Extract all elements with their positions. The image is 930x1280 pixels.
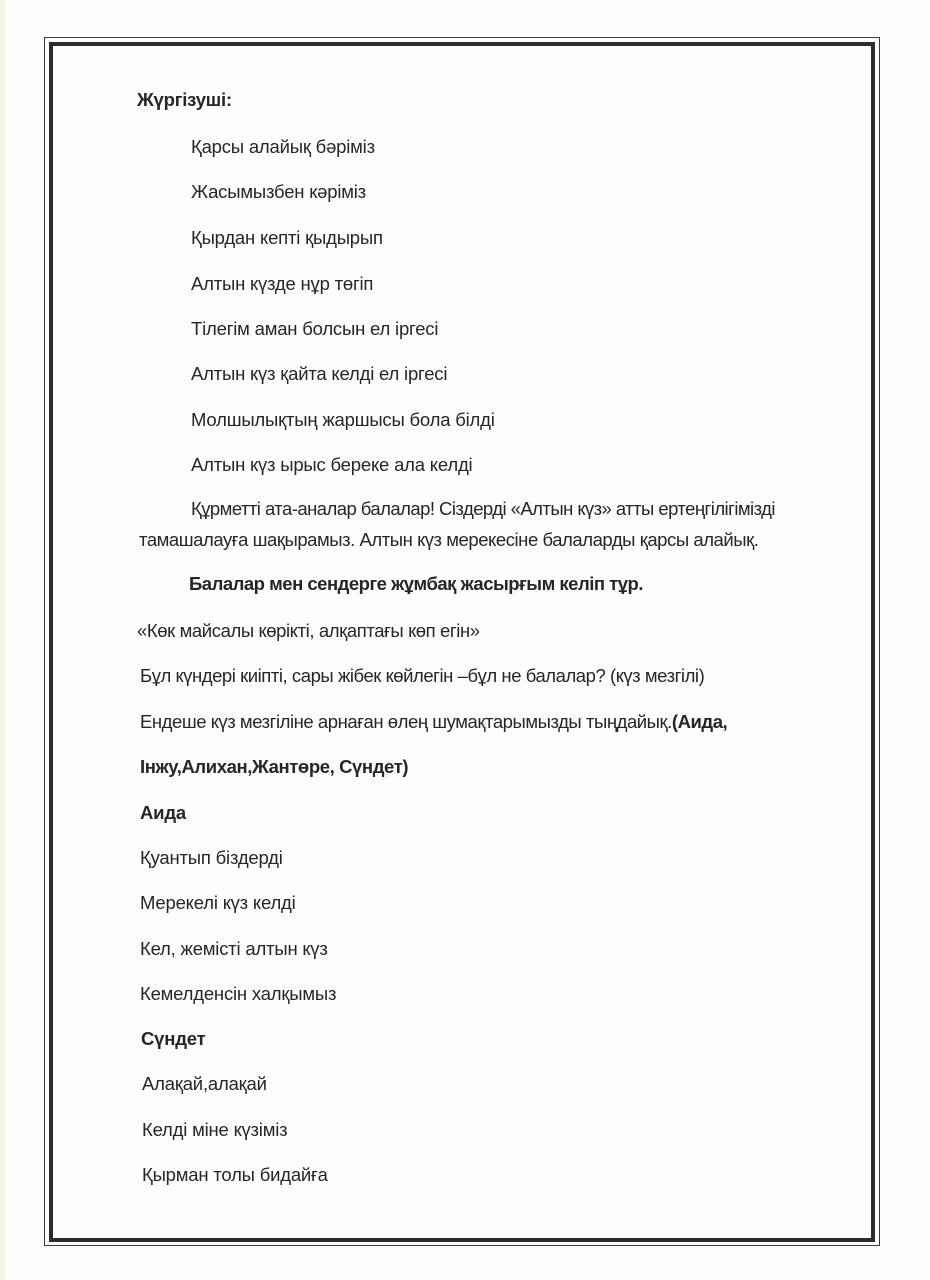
verse-line: Қырдан кепті қыдырып <box>191 229 383 248</box>
verse-line: Алтын күз қайта келді ел іргесі <box>191 365 447 384</box>
poem-line: Келді міне күзіміз <box>142 1121 287 1140</box>
speaker-name: Сүндет <box>141 1030 205 1049</box>
welcome-paragraph-line: Құрметті ата-аналар балалар! Сіздерді «А… <box>191 500 775 519</box>
verse-line: Алтын күзде нұр төгіп <box>191 275 373 294</box>
riddle-line: Бұл күндері киіпті, сары жібек көйлегін … <box>140 667 704 686</box>
speaker-name: Аида <box>140 804 186 823</box>
scan-edge-strip <box>0 0 5 1280</box>
verse-line: Қарсы алайық бәріміз <box>191 138 375 157</box>
poem-line: Кел, жемісті алтын күз <box>140 940 328 959</box>
verse-line: Тілегім аман болсын ел іргесі <box>191 320 438 339</box>
poem-line: Кемелденсін халқымыз <box>140 985 336 1004</box>
poem-line: Алақай,алақай <box>142 1075 267 1094</box>
poems-intro-names: (Аида, <box>672 711 727 732</box>
poems-intro-text: Ендеше күз мезгіліне арнаған өлең шумақт… <box>140 711 672 732</box>
poem-line: Қуантып біздерді <box>140 849 283 868</box>
welcome-paragraph-line: тамашалауға шақырамыз. Алтын күз мерекес… <box>139 531 758 550</box>
poem-line: Мерекелі күз келді <box>140 894 296 913</box>
verse-line: Жасымызбен кәріміз <box>191 183 366 202</box>
riddle-line: «Көк майсалы көрікті, алқаптағы көп егін… <box>137 622 480 641</box>
riddle-intro: Балалар мен сендерге жұмбақ жасырғым кел… <box>189 575 643 594</box>
poems-intro: Ендеше күз мезгіліне арнаған өлең шумақт… <box>140 713 727 732</box>
verse-line: Молшылықтың жаршысы бола білді <box>191 411 495 430</box>
poem-line: Қырман толы бидайға <box>142 1166 328 1185</box>
page-border-inner <box>49 42 875 1242</box>
verse-line: Алтын күз ырыс береке ала келді <box>191 456 472 475</box>
host-label: Жүргізуші: <box>137 91 232 110</box>
poems-intro-names-cont: Інжу,Алихан,Жантөре, Сүндет) <box>140 758 408 777</box>
